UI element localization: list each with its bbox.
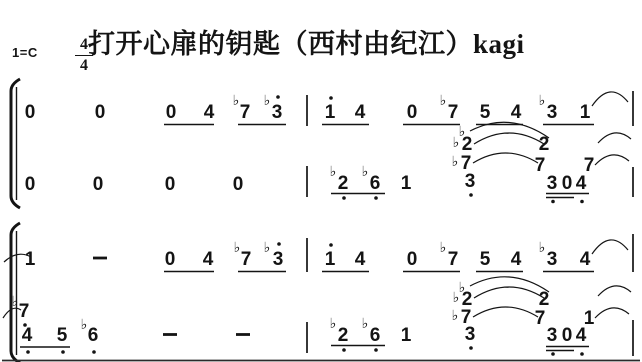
note-digit: 0 <box>95 102 106 123</box>
note-digit: 7 <box>535 308 546 329</box>
note-digit: 7 <box>448 102 459 123</box>
note-digit: 5 <box>57 325 68 346</box>
note-digit: 4 <box>204 102 215 123</box>
octave-dot-below <box>61 350 65 354</box>
tie-arc <box>470 277 549 292</box>
flat-sign: ♭ <box>264 240 271 256</box>
note-digit: 6 <box>88 325 99 346</box>
note-digit: 3 <box>272 102 283 123</box>
score-canvas: 000473140754310000261273273047♭♭♭♭♭♭♭♭♭1… <box>0 0 642 362</box>
octave-dot-below <box>23 323 27 327</box>
flat-sign: ♭ <box>459 280 466 296</box>
note-digit: 0 <box>165 249 176 270</box>
note-digit: 5 <box>480 249 491 270</box>
octave-dot-below <box>374 348 378 352</box>
flat-sign: ♭ <box>452 308 459 324</box>
note-digit: 4 <box>203 249 214 270</box>
note-digit: 4 <box>511 249 522 270</box>
octave-dot-above <box>329 96 333 100</box>
note-digit: 4 <box>22 325 33 346</box>
flat-sign: ♭ <box>264 93 271 109</box>
note-digit: 3 <box>547 325 558 346</box>
note-digit: 3 <box>465 171 476 192</box>
note-digit: 4 <box>580 249 591 270</box>
octave-dot-below <box>469 346 473 350</box>
sheet-music-page: 1=C 4 4 打开心扉的钥匙（西村由纪江）kagi 0004731407543… <box>0 0 642 362</box>
octave-dot-below <box>92 350 96 354</box>
flat-sign: ♭ <box>459 124 466 140</box>
octave-dot-below <box>469 193 473 197</box>
octave-dot-below <box>551 200 555 204</box>
octave-dot-below <box>580 200 584 204</box>
tie-arc <box>592 92 628 106</box>
note-digit: 1 <box>401 325 412 346</box>
tie-arc <box>595 155 629 165</box>
tie-arc <box>592 240 628 254</box>
flat-sign: ♭ <box>453 135 460 151</box>
flat-sign: ♭ <box>81 317 88 333</box>
tie-arc <box>473 307 538 317</box>
note-digit: 2 <box>338 173 349 194</box>
note-digit: 3 <box>547 173 558 194</box>
note-digit: 1 <box>325 249 336 270</box>
note-digit: 2 <box>338 325 349 346</box>
note-digit: 0 <box>562 173 573 194</box>
flat-sign: ♭ <box>12 294 19 310</box>
tie-arc <box>474 287 544 298</box>
flat-sign: ♭ <box>440 93 447 109</box>
flat-sign: ♭ <box>330 164 337 180</box>
note-digit: 1 <box>325 102 336 123</box>
flat-sign: ♭ <box>452 154 459 170</box>
flat-sign: ♭ <box>362 164 369 180</box>
note-digit: 0 <box>233 174 244 195</box>
tie-arc <box>595 308 629 318</box>
note-digit: 6 <box>370 173 381 194</box>
note-digit: 5 <box>480 102 491 123</box>
note-digit: 0 <box>407 249 418 270</box>
note-digit: 3 <box>273 249 284 270</box>
note-digit: 4 <box>511 102 522 123</box>
note-digit: 4 <box>355 102 366 123</box>
note-digit: 0 <box>25 174 36 195</box>
note-digit: 3 <box>465 324 476 345</box>
note-digit: 0 <box>407 102 418 123</box>
flat-sign: ♭ <box>440 240 447 256</box>
note-digit: 7 <box>584 155 595 176</box>
note-digit: 3 <box>547 102 558 123</box>
octave-dot-below <box>580 352 584 356</box>
octave-dot-below <box>342 348 346 352</box>
flat-sign: ♭ <box>233 93 240 109</box>
note-digit: 2 <box>539 289 550 310</box>
octave-dot-below <box>342 196 346 200</box>
tie-arc <box>473 153 538 163</box>
note-digit: 1 <box>580 102 591 123</box>
octave-dot-above <box>277 242 281 246</box>
tie-arc <box>474 133 544 144</box>
note-digit: 0 <box>166 102 177 123</box>
flat-sign: ♭ <box>539 240 546 256</box>
octave-dot-above <box>329 243 333 247</box>
system-bracket <box>11 79 20 208</box>
octave-dot-above <box>276 95 280 99</box>
tie-arc <box>598 286 631 296</box>
system-bracket <box>11 223 20 362</box>
note-digit: 7 <box>19 301 30 322</box>
note-digit: 0 <box>562 325 573 346</box>
flat-sign: ♭ <box>234 240 241 256</box>
note-digit: 6 <box>370 325 381 346</box>
note-digit: 0 <box>25 102 36 123</box>
note-digit: 0 <box>165 174 176 195</box>
tie-arc <box>598 133 631 143</box>
note-digit: 7 <box>535 155 546 176</box>
note-digit: 7 <box>241 249 252 270</box>
note-digit: 3 <box>547 249 558 270</box>
octave-dot-below <box>26 350 30 354</box>
note-digit: 7 <box>448 249 459 270</box>
note-digit: 1 <box>25 249 36 270</box>
flat-sign: ♭ <box>539 93 546 109</box>
note-digit: 4 <box>576 173 587 194</box>
flat-sign: ♭ <box>362 316 369 332</box>
note-digit: 1 <box>584 308 595 329</box>
note-digit: 4 <box>355 249 366 270</box>
note-digit: 1 <box>401 173 412 194</box>
octave-dot-below <box>551 352 555 356</box>
octave-dot-below <box>374 196 378 200</box>
note-digit: 0 <box>93 174 104 195</box>
flat-sign: ♭ <box>453 290 460 306</box>
flat-sign: ♭ <box>330 316 337 332</box>
note-digit: 7 <box>240 102 251 123</box>
